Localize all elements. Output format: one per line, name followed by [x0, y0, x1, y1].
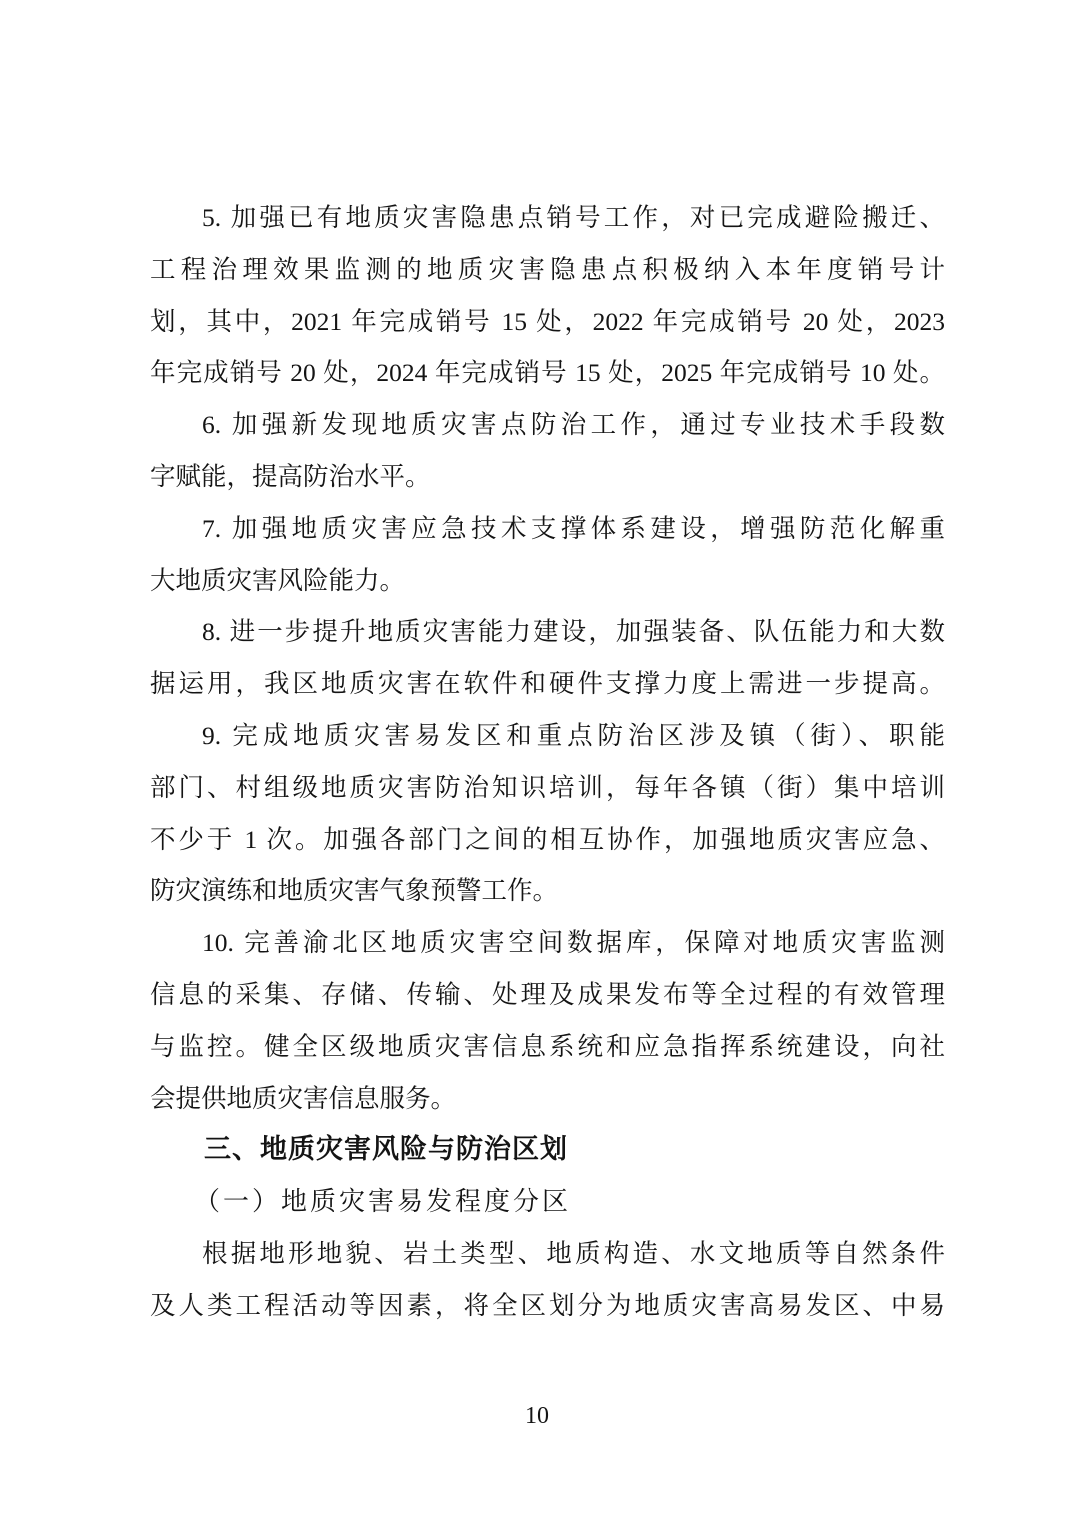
subsection-heading: （一）地质灾害易发程度分区	[150, 1176, 945, 1228]
text-line: 会提供地质灾害信息服务。	[150, 1073, 945, 1125]
document-body: 5. 加强已有地质灾害隐患点销号工作，对已完成避险搬迁、工程治理效果监测的地质灾…	[150, 192, 945, 1332]
text-line: 字赋能，提高防治水平。	[150, 451, 945, 503]
text-line: 防灾演练和地质灾害气象预警工作。	[150, 865, 945, 917]
page-number: 10	[0, 1400, 1074, 1432]
text-line: 部门、村组级地质灾害防治知识培训，每年各镇（街）集中培训	[150, 762, 945, 814]
text-line: 大地质灾害风险能力。	[150, 555, 945, 607]
text-line: 据运用，我区地质灾害在软件和硬件支撑力度上需进一步提高。	[150, 658, 945, 710]
text-line: 及人类工程活动等因素，将全区划分为地质灾害高易发区、中易	[150, 1280, 945, 1332]
document-page: 5. 加强已有地质灾害隐患点销号工作，对已完成避险搬迁、工程治理效果监测的地质灾…	[0, 0, 1074, 1520]
text-line: 信息的采集、存储、传输、处理及成果发布等全过程的有效管理	[150, 969, 945, 1021]
text-line: 6. 加强新发现地质灾害点防治工作，通过专业技术手段数	[150, 399, 945, 451]
text-line: 5. 加强已有地质灾害隐患点销号工作，对已完成避险搬迁、	[150, 192, 945, 244]
text-line: 7. 加强地质灾害应急技术支撑体系建设，增强防范化解重	[150, 503, 945, 555]
text-line: 与监控。健全区级地质灾害信息系统和应急指挥系统建设，向社	[150, 1021, 945, 1073]
text-line: 划，其中，2021 年完成销号 15 处，2022 年完成销号 20 处，202…	[150, 296, 945, 348]
section-heading: 三、地质灾害风险与防治区划	[150, 1124, 945, 1176]
text-line: 年完成销号 20 处，2024 年完成销号 15 处，2025 年完成销号 10…	[150, 347, 945, 399]
text-line: 不少于 1 次。加强各部门之间的相互协作，加强地质灾害应急、	[150, 814, 945, 866]
text-line: 10. 完善渝北区地质灾害空间数据库，保障对地质灾害监测	[150, 917, 945, 969]
text-line: 根据地形地貌、岩土类型、地质构造、水文地质等自然条件	[150, 1228, 945, 1280]
text-line: 8. 进一步提升地质灾害能力建设，加强装备、队伍能力和大数	[150, 606, 945, 658]
text-line: 工程治理效果监测的地质灾害隐患点积极纳入本年度销号计	[150, 244, 945, 296]
text-line: 9. 完成地质灾害易发区和重点防治区涉及镇（街）、职能	[150, 710, 945, 762]
